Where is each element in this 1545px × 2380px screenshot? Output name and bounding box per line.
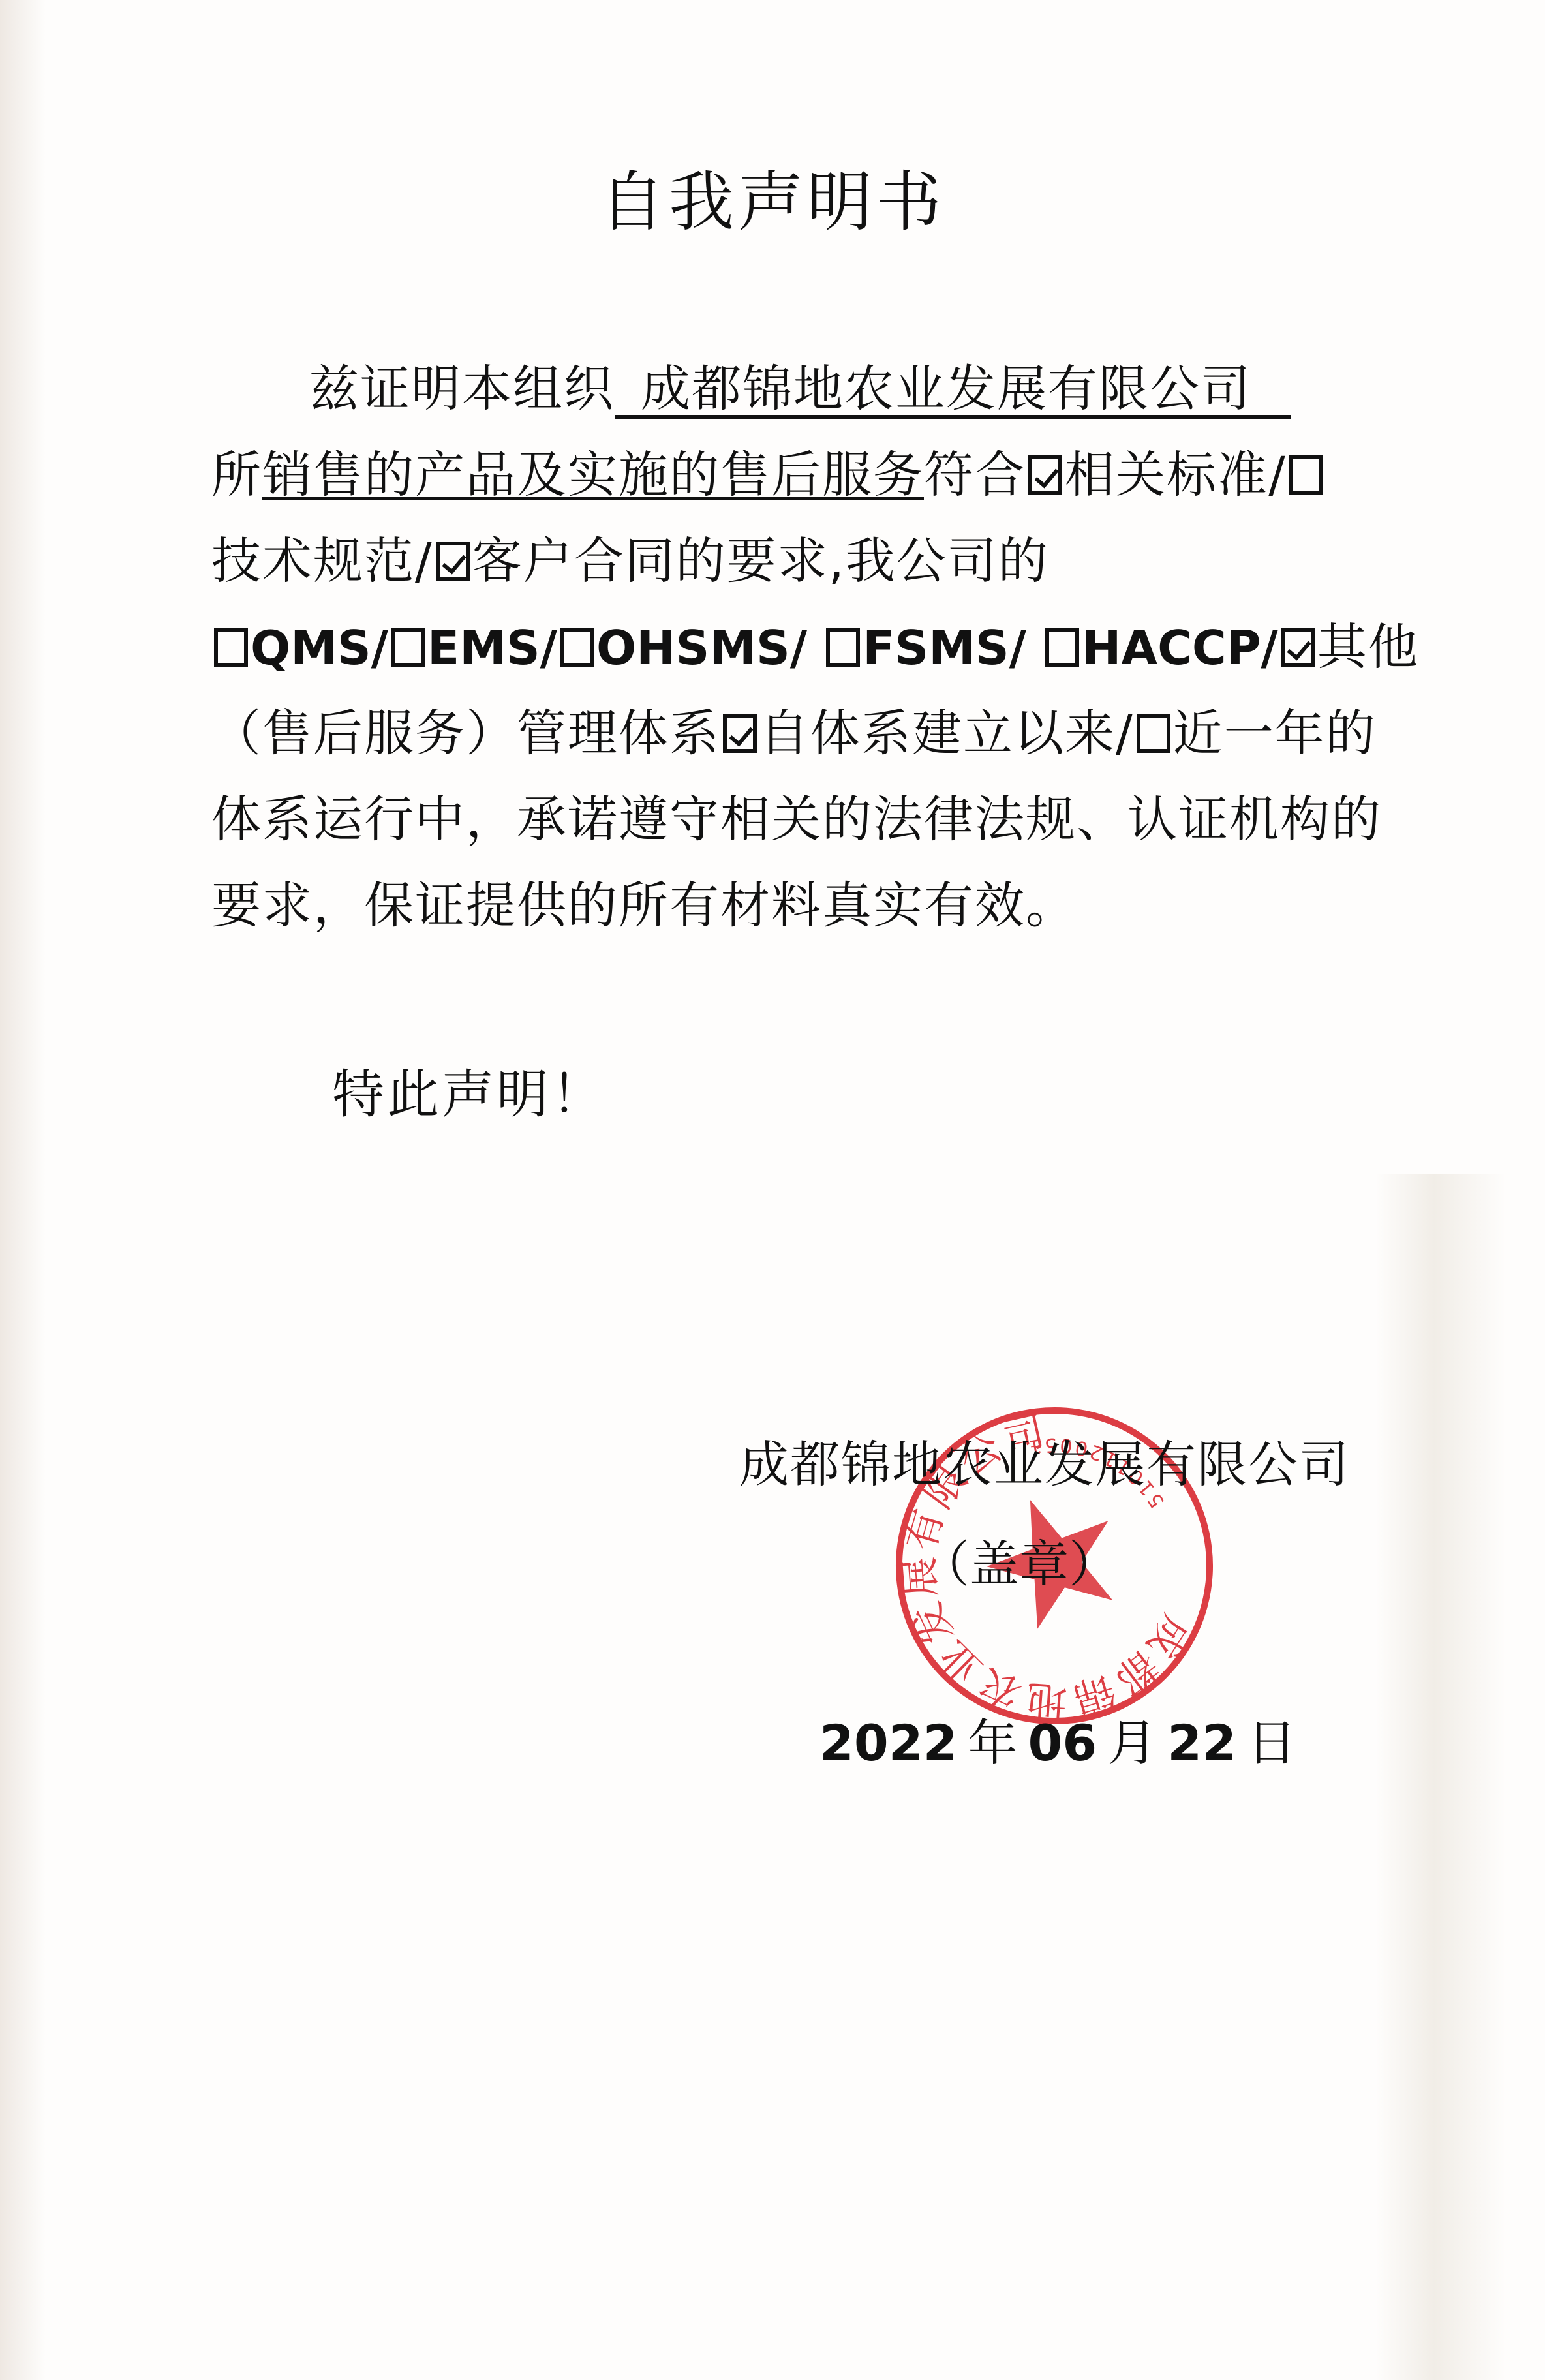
other-system-label: （售后服务）管理体系 <box>211 704 720 762</box>
date-year-unit: 年 <box>958 1714 1028 1772</box>
checkbox-fsms-icon <box>826 628 860 667</box>
body-line-6: 体系运行中，承诺遵守相关的法律法规、认证机构的 <box>211 776 1334 862</box>
paper-shadow-left <box>0 0 46 2380</box>
body-line-5: （售后服务）管理体系自体系建立以来/近一年的 <box>211 690 1334 776</box>
body-line-2: 所销售的产品及实施的售后服务符合相关标准/ <box>211 432 1334 518</box>
checkbox-contract-icon <box>436 542 470 581</box>
checkbox-other-icon <box>1281 628 1315 667</box>
opt-standard-label: 相关标准/ <box>1065 446 1287 504</box>
checkbox-since-established-icon <box>723 714 757 753</box>
body-line-3: 技术规范/客户合同的要求,我公司的 <box>211 518 1334 604</box>
date-month: 06 <box>1028 1714 1097 1772</box>
date-day: 22 <box>1167 1714 1236 1772</box>
period-since-label: 自体系建立以来/ <box>759 704 1134 762</box>
checkbox-haccp-icon <box>1045 628 1079 667</box>
system-ohsms: OHSMS/ <box>596 620 823 675</box>
body-line-7: 要求，保证提供的所有材料真实有效。 <box>211 862 1334 949</box>
line2-prefix: 所 <box>211 446 262 504</box>
system-haccp: HACCP/ <box>1082 620 1278 675</box>
line2-mid: 符合 <box>924 446 1026 504</box>
date-month-unit: 月 <box>1097 1714 1167 1772</box>
checkbox-tech-spec-icon <box>1289 455 1323 495</box>
system-fsms: FSMS/ <box>863 620 1043 675</box>
line1-prefix: 兹证明本组织 <box>309 359 615 418</box>
checkbox-ems-icon <box>391 628 425 667</box>
document-title: 自我声明书 <box>0 163 1545 241</box>
scope-underlined: 销售的产品及实施的售后服务 <box>262 446 924 504</box>
date-day-unit: 日 <box>1236 1714 1307 1772</box>
closing-statement: 特此声明！ <box>332 1062 606 1127</box>
system-other: 其他 <box>1317 618 1419 676</box>
body-line-1: 兹证明本组织成都锦地农业发展有限公司 <box>211 346 1334 432</box>
signature-company: 成都锦地农业发展有限公司 <box>739 1432 1326 1497</box>
opt-contract-label: 客户合同的要求,我公司的 <box>472 532 1049 590</box>
system-ems: EMS/ <box>427 620 557 675</box>
declaration-body: 兹证明本组织成都锦地农业发展有限公司 所销售的产品及实施的售后服务符合相关标准/… <box>211 346 1334 949</box>
checkbox-qms-icon <box>214 628 248 667</box>
organization-name-field: 成都锦地农业发展有限公司 <box>615 363 1291 419</box>
tech-spec-label: 技术规范/ <box>211 532 433 590</box>
checkbox-standard-icon <box>1028 455 1062 495</box>
stamp-label: （盖章） <box>920 1532 1118 1597</box>
paper-shadow-right <box>1375 1174 1506 2380</box>
signature-date: 2022年06月22日 <box>819 1711 1307 1776</box>
body-line-4: QMS/EMS/OHSMS/ FSMS/ HACCP/其他 <box>211 604 1334 690</box>
checkbox-past-year-icon <box>1137 714 1170 753</box>
system-qms: QMS/ <box>251 620 388 675</box>
period-year-label: 近一年的 <box>1173 704 1377 762</box>
checkbox-ohsms-icon <box>560 628 594 667</box>
date-year: 2022 <box>819 1714 958 1772</box>
